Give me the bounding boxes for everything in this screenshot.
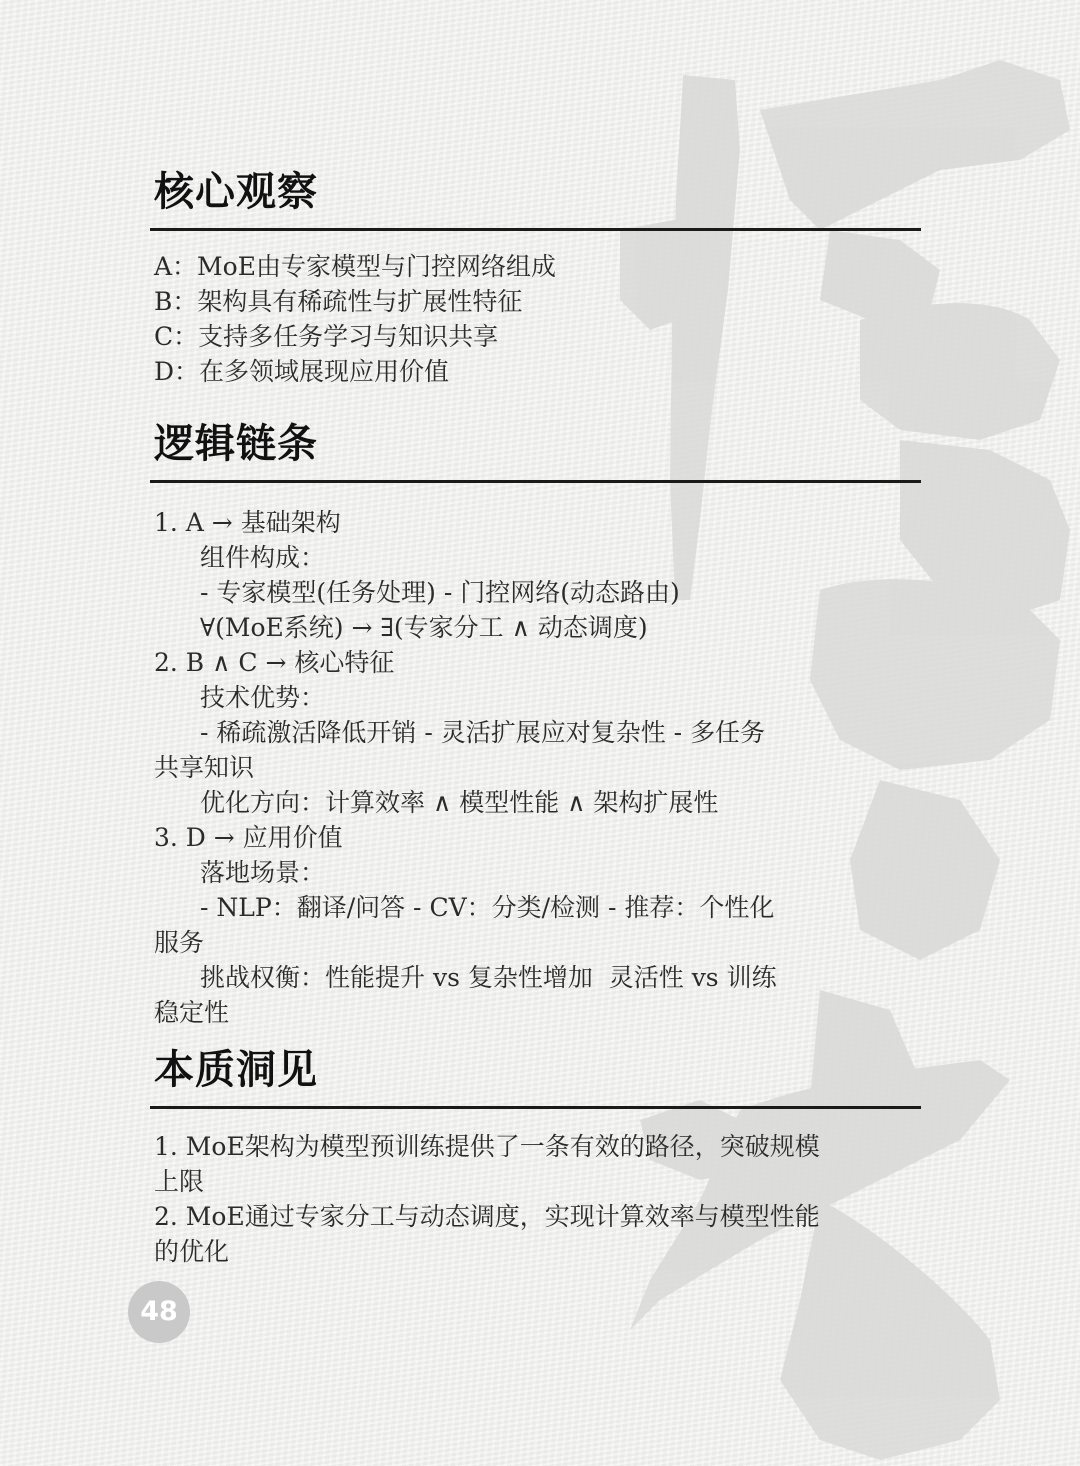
insight-2-continued: 的优化 [154, 1234, 924, 1269]
section-title-core-observations: 核心观察 [154, 160, 924, 224]
section-essential-insights: 本质洞见 1. MoE架构为模型预训练提供了一条有效的路径，突破规模 上限 2.… [154, 1038, 924, 1269]
chain-item-formula: ∀(MoE系统) → ∃(专家分工 ∧ 动态调度) [154, 610, 924, 645]
page-number-badge: 48 [128, 1281, 190, 1343]
chain-item-1: 1. A → 基础架构 组件构成： - 专家模型(任务处理) - 门控网络(动态… [154, 505, 924, 645]
insight-list: 1. MoE架构为模型预训练提供了一条有效的路径，突破规模 上限 2. MoE通… [154, 1129, 924, 1269]
chain-item-sublabel: 技术优势： [154, 680, 924, 715]
section-title-logic-chain: 逻辑链条 [154, 412, 924, 476]
section-divider [150, 228, 921, 231]
chain-item-bullets: - 专家模型(任务处理) - 门控网络(动态路由) [154, 575, 924, 610]
observation-d: D：在多领域展现应用价值 [154, 354, 924, 389]
chain-item-tradeoff: 挑战权衡：性能提升 vs 复杂性增加 灵活性 vs 训练 [154, 960, 924, 995]
section-core-observations: 核心观察 A：MoE由专家模型与门控网络组成 B：架构具有稀疏性与扩展性特征 C… [154, 160, 924, 389]
chain-item-tradeoff-continued: 稳定性 [154, 995, 924, 1030]
chain-item-3: 3. D → 应用价值 落地场景： - NLP：翻译/问答 - CV：分类/检测… [154, 820, 924, 1030]
insight-1: 1. MoE架构为模型预训练提供了一条有效的路径，突破规模 [154, 1129, 924, 1164]
chain-item-head: 2. B ∧ C → 核心特征 [154, 645, 924, 680]
observation-c: C：支持多任务学习与知识共享 [154, 319, 924, 354]
chain-item-2: 2. B ∧ C → 核心特征 技术优势： - 稀疏激活降低开销 - 灵活扩展应… [154, 645, 924, 820]
insight-2: 2. MoE通过专家分工与动态调度，实现计算效率与模型性能 [154, 1199, 924, 1234]
chain-item-head: 3. D → 应用价值 [154, 820, 924, 855]
chain-item-bullets-continued: 服务 [154, 925, 924, 960]
chain-item-formula: 优化方向：计算效率 ∧ 模型性能 ∧ 架构扩展性 [154, 785, 924, 820]
insight-1-continued: 上限 [154, 1164, 924, 1199]
logic-chain-list: 1. A → 基础架构 组件构成： - 专家模型(任务处理) - 门控网络(动态… [154, 505, 924, 1030]
chain-item-sublabel: 组件构成： [154, 540, 924, 575]
observation-b: B：架构具有稀疏性与扩展性特征 [154, 284, 924, 319]
chain-item-sublabel: 落地场景： [154, 855, 924, 890]
chain-item-bullets: - NLP：翻译/问答 - CV：分类/检测 - 推荐：个性化 [154, 890, 924, 925]
section-divider [150, 480, 921, 483]
chain-item-bullets-continued: 共享知识 [154, 750, 924, 785]
chain-item-bullets: - 稀疏激活降低开销 - 灵活扩展应对复杂性 - 多任务 [154, 715, 924, 750]
observation-a: A：MoE由专家模型与门控网络组成 [154, 249, 924, 284]
section-divider [150, 1106, 921, 1109]
section-title-essential-insights: 本质洞见 [154, 1038, 924, 1102]
section-logic-chain: 逻辑链条 1. A → 基础架构 组件构成： - 专家模型(任务处理) - 门控… [154, 412, 924, 1030]
chain-item-head: 1. A → 基础架构 [154, 505, 924, 540]
observation-list: A：MoE由专家模型与门控网络组成 B：架构具有稀疏性与扩展性特征 C：支持多任… [154, 249, 924, 389]
